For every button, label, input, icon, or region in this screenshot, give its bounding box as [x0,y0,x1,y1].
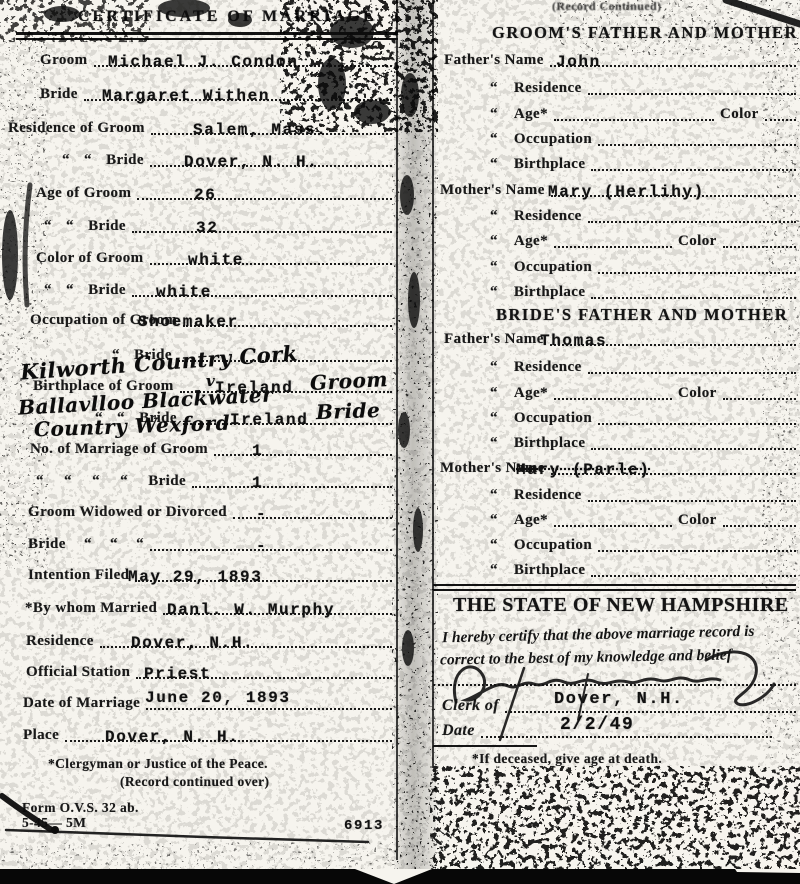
field-label: No. of Marriage of Groom [30,441,208,458]
dotted-leader [132,229,392,233]
field-row-bm-birthplace: “ Birthplace [490,562,796,579]
field-label: Date [442,722,475,740]
dotted-leader [598,548,796,552]
form-code: 5-45— 5M [22,816,86,831]
ditto-mark: “ [490,156,498,173]
field-row-gf-residence: “ Residence [490,80,796,97]
field-label: Father's Name [444,331,544,348]
field-row-occupation-groom: Occupation of Groom Shoemaker [30,312,392,329]
field-row-gm-residence: “ Residence [490,208,796,225]
page-fold [394,0,436,884]
field-row-groom: Groom Michael J. Condon [40,52,392,69]
field-label: Residence [514,487,582,504]
field-label: Occupation [514,410,592,427]
field-label: Birthplace [514,562,586,579]
dotted-leader [723,396,796,400]
field-value: Mary (Parle) [516,461,650,479]
ditto-mark: “ [490,80,498,97]
field-label: Birthplace [514,435,586,452]
field-label: Clerk of [442,697,499,715]
field-row-bf-occupation: “ Occupation [490,410,796,427]
field-value: - [256,537,267,555]
field-value: Priest [144,665,211,683]
field-value: - [256,505,267,523]
field-row-bf-age: “ Age* Color [490,385,796,402]
ditto-mark: “ [490,106,498,123]
field-label: Occupation [514,131,592,148]
field-value: 26 [194,186,216,204]
dotted-leader [765,117,796,121]
scanned-marriage-certificate: CERTIFICATE OF MARRIAGE Groom Michael J.… [0,0,800,884]
dotted-leader [588,370,796,374]
field-value: Dover, N. H. [184,153,318,171]
field-value: 1 [252,442,263,460]
dotted-leader [598,142,796,146]
field-label-color: Color [720,106,759,123]
dotted-leader [137,196,392,200]
form-number: Form O.V.S. 32 ab. [22,801,139,816]
field-label: Age* [514,106,548,123]
handwritten-groom-word: Groom [309,367,388,395]
left-page-edge [396,0,398,860]
groom-parents-heading: GROOM'S FATHER AND MOTHER [492,23,798,43]
record-continued-note: (Record Continued) [552,0,662,13]
field-row-gm-name: Mother's Name Mary (Herlihy) [440,182,796,199]
state-section-rule [433,584,796,591]
field-row-color-groom: Color of Groom white [36,250,392,267]
dotted-leader [591,446,796,450]
field-row-marriage-no-groom: No. of Marriage of Groom 1 [30,441,392,458]
dotted-leader [554,244,672,248]
dotted-leader [214,452,392,456]
field-label: Bride [40,86,78,103]
page-number: 6913 [344,818,384,834]
clergyman-footnote: *Clergyman or Justice of the Peace. [48,757,268,772]
field-row-date-of-marriage: Date of Marriage June 20, 1893 [23,695,392,712]
field-label: Residence [514,208,582,225]
field-label: Birthplace [514,284,586,301]
ditto-mark: “ [490,359,498,376]
field-label: Age* [514,385,548,402]
field-label: Residence of Groom [8,120,145,137]
field-row-bm-age: “ Age* Color [490,512,796,529]
dotted-leader [150,547,392,551]
dotted-leader [588,219,796,223]
certify-text-line2: correct to the best of my knowledge and … [440,646,732,669]
ditto-mark: “ [490,259,498,276]
dotted-leader [554,523,672,527]
dotted-leader [723,244,796,248]
field-row-gf-birthplace: “ Birthplace [490,156,796,173]
field-row-gf-name: Father's Name John [444,52,796,69]
dotted-leader [591,167,796,171]
field-row-bm-residence: “ Residence [490,487,796,504]
ditto-mark: “ [490,562,498,579]
field-row-bride-widowed: Bride “ “ “ - [28,536,392,553]
field-label: Residence [26,633,94,650]
right-page-border [432,0,434,768]
dotted-leader [192,484,392,488]
dotted-leader [723,523,796,527]
field-row-residence-groom: Residence of Groom Salem, Mass. [8,120,392,137]
field-label: “ “ “ “ Bride [36,473,186,490]
field-label-color: Color [678,233,717,250]
field-row-gf-occupation: “ Occupation [490,131,796,148]
field-value: Thomas [540,332,607,350]
field-row-gm-age: “ Age* Color [490,233,796,250]
field-row-residence: Residence Dover, N.H. [26,633,392,650]
field-row-bf-name: Father's Name Thomas [444,331,796,348]
field-label: Residence [514,359,582,376]
field-label: Age of Groom [36,185,131,202]
dotted-leader [150,261,392,265]
field-value: Danl. W. Murphy [167,601,335,619]
field-label-color: Color [678,385,717,402]
ditto-mark: “ [490,385,498,402]
ditto-mark: “ [490,512,498,529]
bride-parents-heading: BRIDE'S FATHER AND MOTHER [496,305,788,325]
field-value: Michael J. Condon [108,53,298,71]
ditto-mark: “ [490,410,498,427]
ditto-mark: “ [490,487,498,504]
field-value: May 29, 1893 [128,568,262,586]
dotted-leader [591,573,796,577]
certify-text-line1: I hereby certify that the above marriage… [442,623,755,648]
field-label: Official Station [26,664,130,681]
deceased-footnote: *If deceased, give age at death. [472,752,662,767]
dotted-leader [591,295,796,299]
field-row-place: Place Dover, N. H. [23,727,392,744]
dotted-leader [598,270,796,274]
field-label: “ “ Bride [44,218,126,235]
field-label-color: Color [678,512,717,529]
date-value: 2/2/49 [560,715,634,735]
clerk-value: Dover, N.H. [554,690,684,709]
field-row-age-groom: Age of Groom 26 [36,185,392,202]
field-label: Color of Groom [36,250,144,267]
field-label: Occupation [514,537,592,554]
field-row-age-bride: “ “ Bride 32 [44,218,392,235]
field-value: June 20, 1893 [145,689,291,707]
field-row-color-bride: “ “ Bride white [44,282,392,299]
field-row-bf-birthplace: “ Birthplace [490,435,796,452]
field-label: Date of Marriage [23,695,140,712]
field-row-gm-birthplace: “ Birthplace [490,284,796,301]
field-row-by-whom-married: *By whom Married Danl. W. Murphy [25,600,392,617]
field-row-bf-residence: “ Residence [490,359,796,376]
short-rule [433,745,537,747]
dotted-leader [588,91,796,95]
field-label: Age* [514,233,548,250]
ditto-mark: “ [490,131,498,148]
dotted-leader [505,709,796,713]
ditto-mark: “ [490,435,498,452]
field-row-bride: Bride Margaret Withen [40,86,392,103]
state-title: THE STATE OF NEW HAMPSHIRE [453,594,789,617]
field-value: Margaret Withen [102,87,270,105]
field-row-groom-widowed: Groom Widowed or Divorced - [28,504,392,521]
field-label: Age* [514,512,548,529]
field-row-bm-occupation: “ Occupation [490,537,796,554]
field-label: *By whom Married [25,600,157,617]
field-value: Dover, N. H. [105,728,239,746]
record-continued-footnote: (Record continued over) [120,775,269,790]
title-rule [16,32,398,40]
signature-line [433,672,796,686]
field-label: Occupation [514,259,592,276]
field-label: Father's Name [444,52,544,69]
field-value: white [188,251,244,269]
field-label: Bride “ “ “ [28,536,144,553]
field-label: Residence [514,80,582,97]
field-label: Groom Widowed or Divorced [28,504,227,521]
ditto-mark: “ [490,208,498,225]
field-row-gm-occupation: “ Occupation [490,259,796,276]
field-row-residence-bride: “ “ Bride Dover, N. H. [62,152,392,169]
field-value: Shoemaker [138,313,239,331]
dotted-leader [554,117,714,121]
field-value: 1 [252,474,263,492]
ditto-mark: “ [490,284,498,301]
field-value: white [156,283,212,301]
field-label: Groom [40,52,88,69]
field-row-intention-filed: Intention Filed May 29, 1893 [28,567,392,584]
field-label: Intention Filed [28,567,129,584]
field-label: Birthplace [514,156,586,173]
certificate-title: CERTIFICATE OF MARRIAGE [78,8,377,26]
dotted-leader [588,498,796,502]
field-value: Mary (Herlihy) [548,183,705,201]
field-row-bm-name: Mother's Name Mary (Parle) [440,460,796,477]
field-label: “ “ Bride [62,152,144,169]
field-value: 32 [196,219,218,237]
field-row-official-station: Official Station Priest [26,664,392,681]
field-value: Salem, Mass. [193,121,327,139]
clerk-of-row: Clerk of Dover, N.H. [442,697,796,715]
ditto-mark: “ [490,537,498,554]
dotted-leader [598,421,796,425]
handwritten-bride-word: Bride [316,398,381,424]
field-row-marriage-no-bride: “ “ “ “ Bride 1 [36,473,392,490]
field-label: Place [23,727,59,744]
dotted-leader [554,396,672,400]
ditto-mark: “ [490,233,498,250]
field-label: “ “ Bride [44,282,126,299]
field-value: John [556,53,601,71]
date-row: Date 2/2/49 [442,722,772,740]
field-value: Dover, N.H. [131,634,254,652]
field-label: Mother's Name [440,182,545,199]
field-row-gf-age: “ Age* Color [490,106,796,123]
field-value: Ireland [230,411,308,429]
